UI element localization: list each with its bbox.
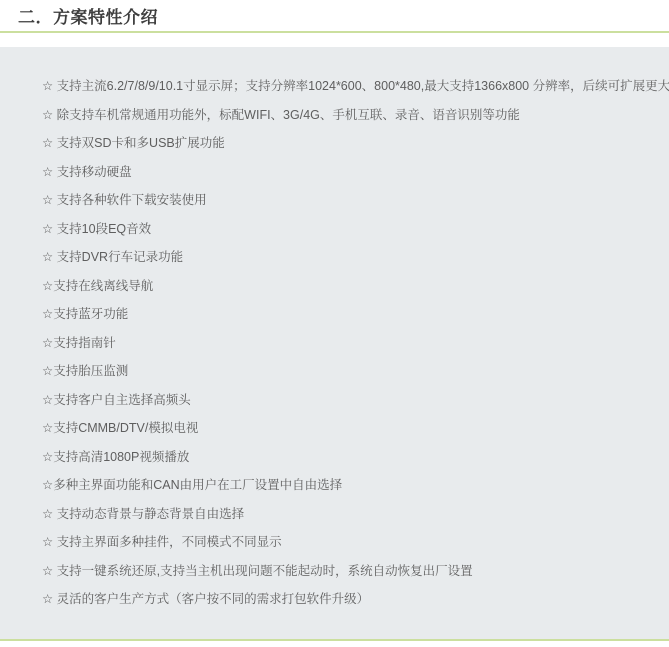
feature-item: ☆ 除支持车机常规通用功能外，标配WIFI、3G/4G、手机互联、录音、语音识别… bbox=[42, 100, 653, 129]
feature-item: ☆支持在线离线导航 bbox=[42, 271, 653, 300]
feature-item: ☆ 支持移动硬盘 bbox=[42, 157, 653, 186]
feature-item: ☆支持高清1080P视频播放 bbox=[42, 442, 653, 471]
feature-item: ☆ 支持双SD卡和多USB扩展功能 bbox=[42, 128, 653, 157]
feature-item: ☆ 支持动态背景与静态背景自由选择 bbox=[42, 499, 653, 528]
feature-item: ☆ 支持一键系统还原,支持当主机出现问题不能起动时，系统自动恢复出厂设置 bbox=[42, 556, 653, 585]
feature-item: ☆支持胎压监测 bbox=[42, 356, 653, 385]
section-header: 二．方案特性介绍 bbox=[0, 0, 669, 33]
features-panel: ☆ 支持主流6.2/7/8/9/10.1寸显示屏；支持分辨率1024*600、8… bbox=[0, 47, 669, 641]
feature-item: ☆支持CMMB/DTV/模拟电视 bbox=[42, 413, 653, 442]
feature-item: ☆支持指南针 bbox=[42, 328, 653, 357]
header-gap bbox=[0, 33, 669, 47]
feature-item: ☆支持客户自主选择高频头 bbox=[42, 385, 653, 414]
feature-item: ☆支持蓝牙功能 bbox=[42, 299, 653, 328]
page: 二．方案特性介绍 ☆ 支持主流6.2/7/8/9/10.1寸显示屏；支持分辨率1… bbox=[0, 0, 669, 647]
feature-item: ☆ 支持10段EQ音效 bbox=[42, 214, 653, 243]
feature-item: ☆ 灵活的客户生产方式（客户按不同的需求打包软件升级） bbox=[42, 584, 653, 613]
feature-item: ☆多种主界面功能和CAN由用户在工厂设置中自由选择 bbox=[42, 470, 653, 499]
feature-item: ☆ 支持DVR行车记录功能 bbox=[42, 242, 653, 271]
feature-item: ☆ 支持主界面多种挂件，不同模式不同显示 bbox=[42, 527, 653, 556]
feature-item: ☆ 支持主流6.2/7/8/9/10.1寸显示屏；支持分辨率1024*600、8… bbox=[42, 71, 653, 100]
feature-item: ☆ 支持各种软件下载安装使用 bbox=[42, 185, 653, 214]
section-title: 二．方案特性介绍 bbox=[18, 8, 669, 28]
